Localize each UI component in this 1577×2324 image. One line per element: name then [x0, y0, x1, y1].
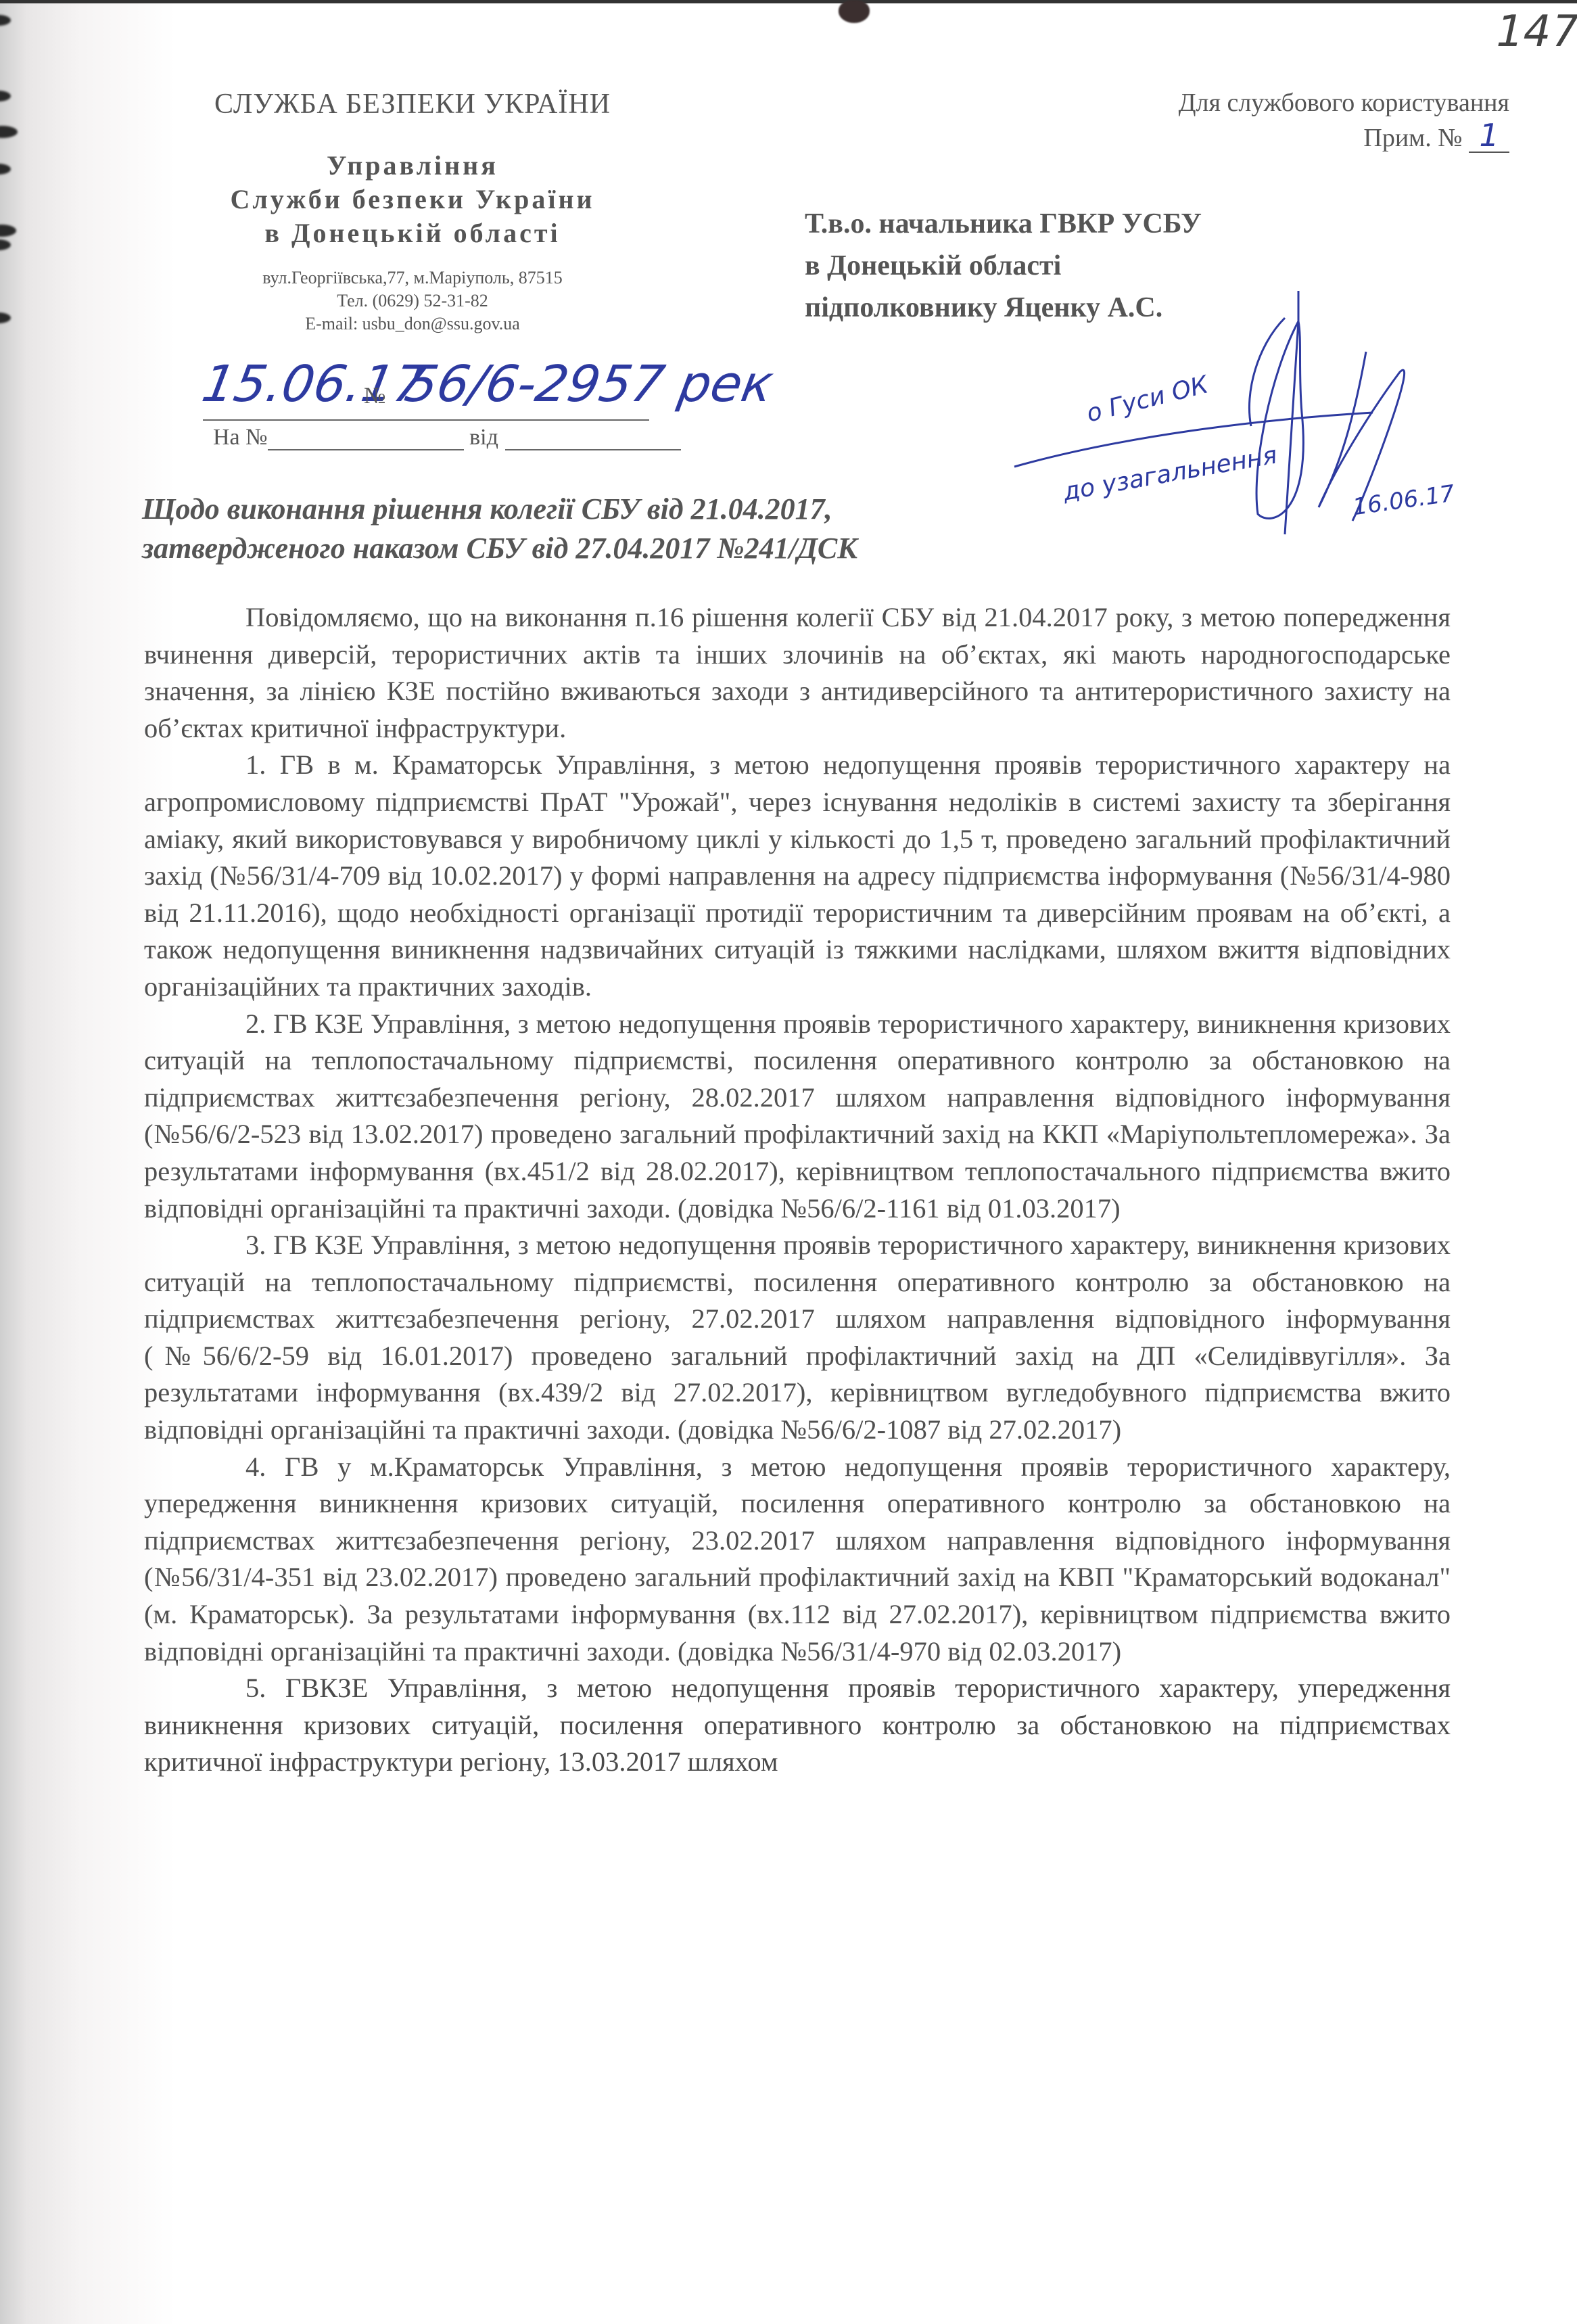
letter-body: Повідомляємо, що на виконання п.16 рішен…: [144, 599, 1451, 1781]
subject-line-1: Щодо виконання рішення колегії СБУ від 2…: [142, 490, 857, 529]
registration-number-handwritten: 56/6-2957 рек: [400, 355, 777, 413]
binder-hole: [0, 225, 16, 237]
sender-address: вул.Георгіївська,77, м.Маріуполь, 87515: [169, 266, 656, 289]
binder-hole: [0, 126, 18, 138]
classification-block: Для службового користування Прим. № 1: [1179, 87, 1509, 154]
agency-name: СЛУЖБА БЕЗПЕКИ УКРАЇНИ: [169, 88, 656, 120]
addressee-line-2: в Донецькій області: [805, 245, 1202, 287]
body-paragraph-1: 1. ГВ в м. Краматорськ Управління, з мет…: [144, 747, 1451, 1005]
sender-phone: Тел. (0629) 52-31-82: [169, 289, 656, 312]
body-paragraph-2: 2. ГВ КЗЕ Управління, з метою недопущенн…: [144, 1006, 1451, 1228]
department-line-1: Управління: [169, 149, 656, 183]
department-line-2: Служби безпеки України: [169, 183, 656, 216]
copy-line: Прим. № 1: [1179, 119, 1509, 154]
copy-label: Прим. №: [1363, 124, 1462, 152]
reply-to-label: На №: [213, 425, 268, 450]
binder-hole: [0, 164, 11, 175]
subject-line-2: затвердженого наказом СБУ від 27.04.2017…: [142, 529, 857, 568]
binder-hole: [0, 239, 11, 250]
binder-hole: [0, 312, 11, 323]
body-paragraph-3: 3. ГВ КЗЕ Управління, з метою недопущенн…: [144, 1227, 1451, 1449]
binder-hole: [0, 91, 11, 101]
scan-top-edge: [0, 0, 1577, 3]
from-blank: [505, 449, 681, 450]
body-paragraph-5: 5. ГВКЗЕ Управління, з метою недопущення…: [144, 1670, 1451, 1781]
subject-block: Щодо виконання рішення колегії СБУ від 2…: [142, 490, 857, 568]
page-number-handwritten: 147: [1490, 7, 1577, 57]
sender-block: СЛУЖБА БЕЗПЕКИ УКРАЇНИ Управління Служби…: [169, 88, 656, 335]
registration-underline: [203, 419, 649, 421]
binder-hole: [0, 15, 11, 26]
copy-number: 1: [1469, 119, 1509, 153]
number-label: №: [364, 384, 385, 409]
body-paragraph-4: 4. ГВ у м.Краматорськ Управління, з мето…: [144, 1449, 1451, 1671]
handwritten-resolution: о Гуси ОК до узагальнення 16.06.17: [933, 291, 1488, 548]
ink-blot: [839, 0, 870, 23]
department-line-3: в Донецькій області: [169, 216, 656, 250]
registration-date-handwritten: 15.06.17: [197, 355, 431, 413]
body-paragraph-intro: Повідомляємо, що на виконання п.16 рішен…: [144, 599, 1451, 747]
classification-label: Для службового користування: [1179, 87, 1509, 119]
sender-email: E-mail: usbu_don@ssu.gov.ua: [169, 312, 656, 335]
reply-to-blank: [268, 449, 464, 450]
from-label: від: [469, 425, 498, 450]
reply-to-line: На № від: [213, 425, 681, 450]
addressee-line-1: Т.в.о. начальника ГВКР УСБУ: [805, 203, 1202, 245]
